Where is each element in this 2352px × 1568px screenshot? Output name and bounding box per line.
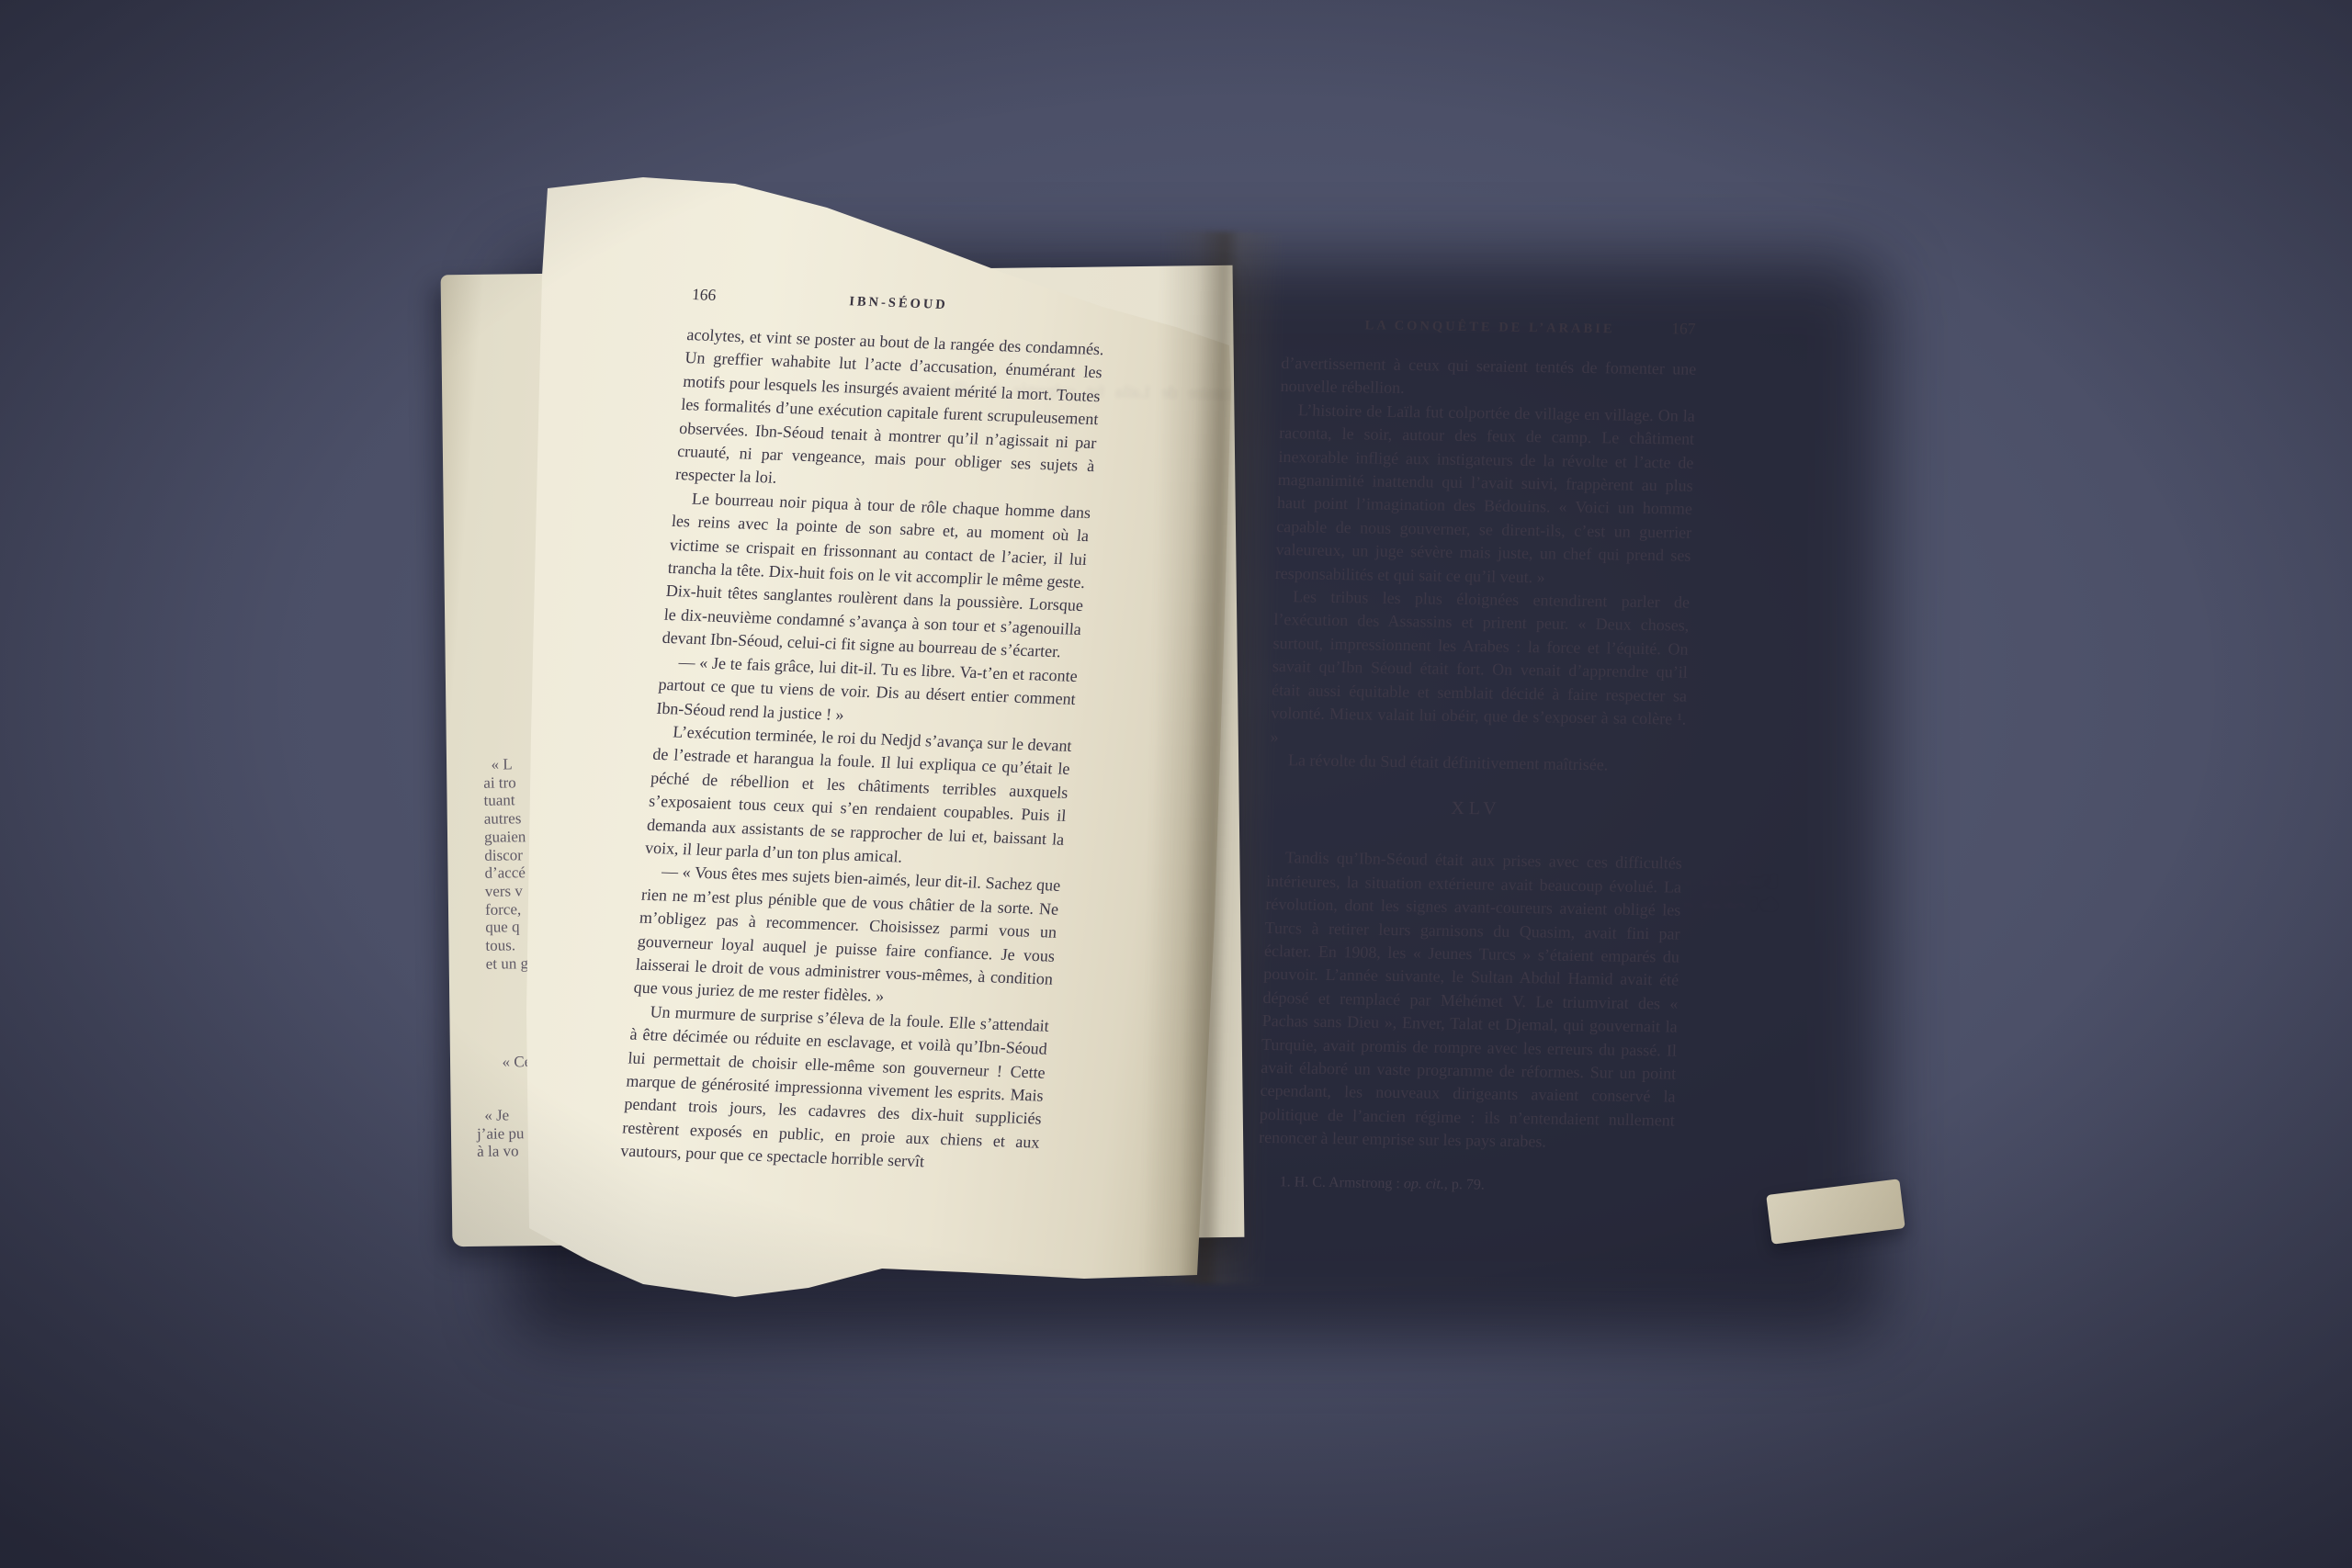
text-line-fragment: j’aie pu bbox=[477, 1124, 525, 1143]
text-line-fragment: ai tro bbox=[483, 773, 526, 792]
page-body: acolytes, et vint se poster au bout de l… bbox=[619, 323, 1104, 1178]
text-line-fragment: tous. bbox=[485, 936, 528, 954]
page-body: d’avertissement à ceux qui seraient tent… bbox=[1270, 352, 1697, 778]
page-header: 166 IBN-SÉOUD bbox=[689, 285, 1108, 323]
text-line-fragment: que q bbox=[485, 919, 528, 937]
footnote-citation: op. cit. bbox=[1404, 1176, 1444, 1192]
under-page-text-fragments: « Jej’aie puà la vo bbox=[477, 1106, 525, 1161]
text-line-fragment: tuant bbox=[483, 792, 526, 810]
paragraph: L’exécution terminée, le roi du Nedjd s’… bbox=[644, 720, 1072, 875]
paragraph: — « Vous êtes mes sujets bien-aimés, leu… bbox=[633, 860, 1061, 1015]
text-line-fragment: et un g bbox=[486, 954, 529, 973]
paragraph: acolytes, et vint se poster au bout de l… bbox=[674, 323, 1104, 502]
paragraph: La révolte du Sud était définitivement m… bbox=[1270, 749, 1686, 778]
page-body: Tandis qu’Ibn-Séoud était aux prises ave… bbox=[1259, 846, 1682, 1156]
photo-scene: « Lai trotuantautresguaiendiscord’accéve… bbox=[0, 0, 2352, 1568]
text-line-fragment: force, bbox=[485, 900, 528, 919]
text-line-fragment: vers v bbox=[485, 882, 528, 900]
paragraph: Tandis qu’Ibn-Séoud était aux prises ave… bbox=[1259, 846, 1682, 1156]
footnote-text: 1. H. C. Armstrong : bbox=[1280, 1174, 1405, 1191]
text-line-fragment: discor bbox=[484, 846, 527, 864]
paragraph: L’histoire de Laïla fut colportée de vil… bbox=[1274, 399, 1695, 592]
under-page-text-fragments: « Lai trotuantautresguaiendiscord’accéve… bbox=[483, 755, 528, 973]
paragraph: Le bourreau noir piqua à tour de rôle ch… bbox=[661, 487, 1091, 665]
paragraph: Un murmure de surprise s’éleva de la fou… bbox=[619, 999, 1049, 1178]
text-line-fragment: « L bbox=[483, 755, 526, 773]
running-title: IBN-SÉOUD bbox=[689, 285, 1108, 319]
under-page-text-fragments: « Ce bbox=[494, 1053, 531, 1071]
page-number: 166 bbox=[691, 285, 717, 305]
text-line-fragment: « Je bbox=[477, 1106, 525, 1124]
text-line-fragment: guaien bbox=[484, 828, 527, 846]
footnote: 1. H. C. Armstrong : op. cit., p. 79. bbox=[1258, 1173, 1673, 1196]
chapter-heading: XLV bbox=[1268, 795, 1684, 823]
running-title: LA CONQUÊTE DE L’ARABIE bbox=[1282, 313, 1697, 339]
right-page: L’exécution terminée, le roi du Nedjd s’… bbox=[1190, 225, 1874, 1281]
text-line-fragment: autres bbox=[484, 809, 527, 828]
footnote-text: , p. 79. bbox=[1444, 1177, 1485, 1193]
paragraph: Les tribus les plus éloignées entendiren… bbox=[1270, 585, 1690, 755]
text-line-fragment: « Ce bbox=[494, 1053, 531, 1071]
page-header: LA CONQUÊTE DE L’ARABIE 167 bbox=[1282, 313, 1698, 344]
paragraph: d’avertissement à ceux qui seraient tent… bbox=[1280, 352, 1696, 405]
left-page: L’histoire de Laïla fut colportée de vil… bbox=[524, 173, 1240, 1303]
text-line-fragment: d’accé bbox=[484, 863, 527, 882]
page-number: 167 bbox=[1671, 319, 1696, 338]
text-line-fragment: à la vo bbox=[477, 1143, 525, 1161]
